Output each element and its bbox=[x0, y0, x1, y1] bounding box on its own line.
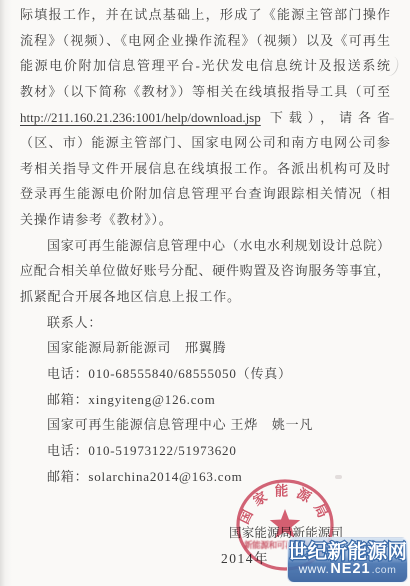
body-line: 登录再生能源电价附加信息管理平台查询跟踪相关情况（相 bbox=[20, 181, 390, 207]
body-line: 关操作请参考《教材》）。 bbox=[20, 207, 410, 233]
body-line: 联系人： bbox=[47, 310, 410, 336]
letter-body: 际填报工作，并在试点基础上，形成了《能源主管部门操作流程》（视频）、《电网企业操… bbox=[0, 2, 410, 489]
watermark-site-url: www.NE21.com bbox=[288, 561, 407, 578]
body-line: 能源电价附加信息管理平台-光伏发电信息统计及报送系统 bbox=[20, 53, 390, 79]
body-line: 国家能源局新能源司 邢翼腾 bbox=[47, 335, 410, 361]
body-line: 应配合相关单位做好账号分配、硬件购置及咨询服务等事宜， bbox=[20, 258, 390, 284]
body-line: 流程》（视频）、《电网企业操作流程》（视频）以及《可再生 bbox=[20, 28, 390, 54]
body-line: 电话：010-51973122/51973620 bbox=[47, 438, 410, 464]
watermark-url-tld: .com bbox=[372, 562, 397, 578]
download-url: http://211.160.21.236:1001/help/download… bbox=[20, 110, 261, 125]
body-line: 邮箱：xingyiteng@126.com bbox=[47, 387, 410, 413]
seal-star bbox=[270, 509, 300, 538]
body-line: 际填报工作，并在试点基础上，形成了《能源主管部门操作 bbox=[20, 2, 390, 28]
watermark-url-www: www. bbox=[299, 561, 330, 577]
watermark-url-brand: NE21 bbox=[330, 561, 370, 577]
body-line: 国家可再生能源信息管理中心 王烨 姚一凡 bbox=[47, 412, 410, 438]
body-line: 国家可再生能源信息管理中心（水电水利规划设计总院） bbox=[47, 233, 390, 259]
scanned-letter-page: 际填报工作，并在试点基础上，形成了《能源主管部门操作流程》（视频）、《电网企业操… bbox=[0, 0, 410, 586]
body-line: 电话：010-68555840/68555050（传真） bbox=[47, 361, 410, 387]
body-line: http://211.160.21.236:1001/help/download… bbox=[20, 105, 390, 131]
watermark-site-name: 世纪新能源网 bbox=[289, 540, 406, 563]
body-line: （区、市）能源主管部门、国家电网公司和南方电网公司参 bbox=[20, 130, 390, 156]
body-line: 教材》（以下简称《教材》）等相关在线填报指导工具（可至 bbox=[20, 79, 390, 105]
body-line: 抓紧配合开展各地区信息上报工作。 bbox=[20, 284, 410, 310]
site-watermark: 世纪新能源网 www.NE21.com bbox=[287, 537, 408, 583]
body-line: 考相关指导文件开展信息在线填报工作。各派出机构可及时 bbox=[20, 156, 390, 182]
watermark-site-name-graphic: 世纪新能源网 bbox=[289, 539, 406, 563]
body-line: 邮箱：solarchina2014@163.com bbox=[47, 464, 410, 490]
